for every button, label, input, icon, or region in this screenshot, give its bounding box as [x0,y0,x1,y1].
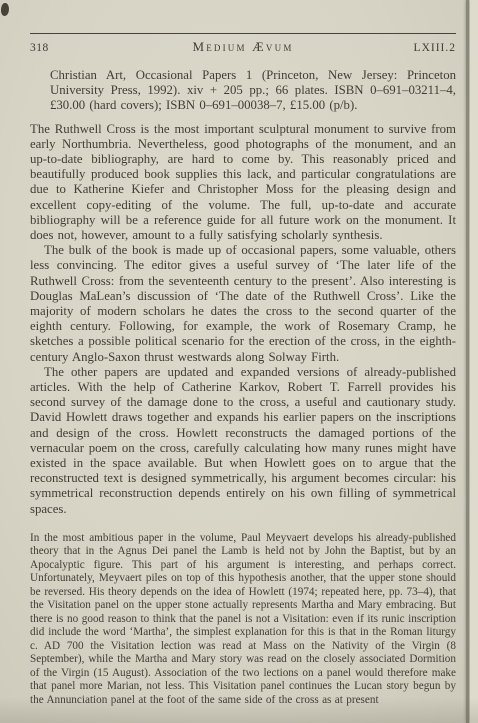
review-paragraph-1: The Ruthwell Cross is the most important… [30,122,456,244]
scan-blemish-mark [0,3,10,17]
scanned-journal-page: 318 Medium Ævum LXIII.2 Christian Art, O… [0,0,478,723]
volume-issue: LXIII.2 [414,42,456,54]
journal-title: Medium Ævum [192,39,293,55]
review-paragraph-3: The other papers are updated and expande… [30,365,456,517]
page-content: 318 Medium Ævum LXIII.2 Christian Art, O… [0,33,478,707]
small-print-paragraph: In the most ambitious paper in the volum… [30,532,456,708]
running-header: 318 Medium Ævum LXIII.2 [30,39,456,55]
header-rule [30,33,456,34]
review-paragraph-2: The bulk of the book is made up of occas… [30,243,456,365]
book-citation: Christian Art, Occasional Papers 1 (Prin… [50,68,456,114]
page-number: 318 [30,42,49,54]
